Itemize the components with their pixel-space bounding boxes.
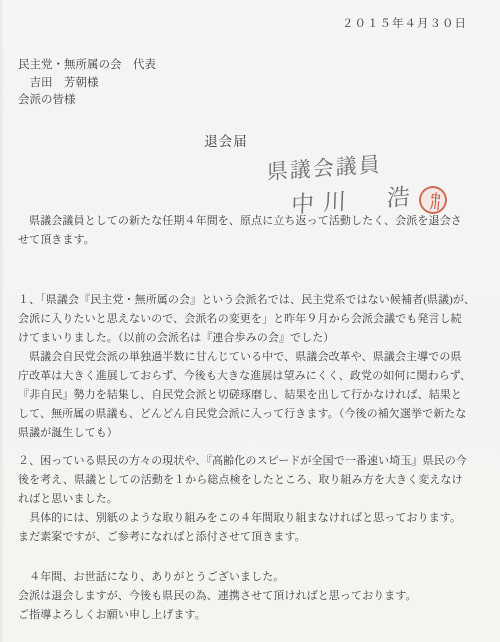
- section2-paragraph: ２、困っている県民の方々の現状や、『高齢化のスピードが全国で一番速い埼玉』県民の…: [18, 452, 486, 547]
- text-line: して、無所属の県議も、どんどん自民党会派に入って行きます。（今後の補欠選挙で新た…: [18, 405, 486, 424]
- closing-paragraph: ４年間、お世話になり、ありがとうございました。会派は退会しますが、今後も県民の為…: [18, 568, 486, 625]
- text-line: １、「県議会『民主党・無所属の会』という会派名では、民主党系ではない候補者(県議…: [18, 291, 486, 310]
- section1-paragraph: １、「県議会『民主党・無所属の会』という会派名では、民主党系ではない候補者(県議…: [18, 291, 486, 443]
- opening-paragraph: 県議会議員としての新たな任期４年間を、原点に立ち返って活動したく、会派を退会させ…: [18, 212, 486, 250]
- text-line: 庁改革は大きく進展しておらず、今後も大きな進展は望みにくく、政党の如何に関わらず…: [18, 367, 486, 386]
- text-line: 県議が誕生しても）: [18, 424, 486, 443]
- text-line: 会派に入りたいと思えないので、会派名の変更を」と昨年９月から会派会議でも発言し続: [18, 310, 486, 329]
- text-line: 民主党・無所属の会 代表: [18, 57, 156, 75]
- recipient-block: 民主党・無所属の会 代表 吉田 芳朝様会派の皆様: [18, 57, 156, 110]
- handwritten-signature: 県議会議員 中川 浩: [266, 146, 420, 221]
- text-line: 会派の皆様: [18, 92, 156, 110]
- text-line: せて頂きます。: [18, 231, 486, 250]
- name-seal-stamp: 中川: [418, 185, 449, 216]
- text-line: ４年間、お世話になり、ありがとうございました。: [18, 568, 486, 587]
- text-line: ればと思いました。: [18, 490, 486, 509]
- text-line: ２、困っている県民の方々の現状や、『高齢化のスピードが全国で一番速い埼玉』県民の…: [18, 452, 486, 471]
- text-line: 吉田 芳朝様: [18, 75, 156, 93]
- document-date: ２０１５年４月３０日: [342, 15, 467, 31]
- text-line: 県議会自民党会派の単独過半数に甘んじている中で、県議会改革や、県議会主導での県: [18, 348, 486, 367]
- text-line: けてまいりました。（以前の会派名は『連合歩みの会』でした）: [18, 329, 486, 348]
- text-line: ご指導よろしくお願い申し上げます。: [18, 606, 486, 625]
- text-line: 県議会議員としての新たな任期４年間を、原点に立ち返って活動したく、会派を退会さ: [18, 212, 486, 231]
- text-line: まだ素案ですが、ご参考になればと添付させて頂きます。: [18, 528, 486, 547]
- text-line: 会派は退会しますが、今後も県民の為、連携させて頂ければと思っております。: [18, 587, 486, 606]
- seal-text: 中川: [427, 192, 439, 209]
- text-line: 後を考え、県議としての活動を１から総点検をしたところ、取り組み方を大きく変えなけ: [18, 471, 486, 490]
- text-line: 『非自民』勢力を結集し、自民党会派と切磋琢磨し、結果を出して行かなければ、結果と: [18, 386, 486, 405]
- scanned-document-page: ２０１５年４月３０日 民主党・無所属の会 代表 吉田 芳朝様会派の皆様 退会届 …: [0, 0, 500, 642]
- text-line: 具体的には、別紙のような取り組みをこの４年間取り組まなければと思っております。: [18, 509, 486, 528]
